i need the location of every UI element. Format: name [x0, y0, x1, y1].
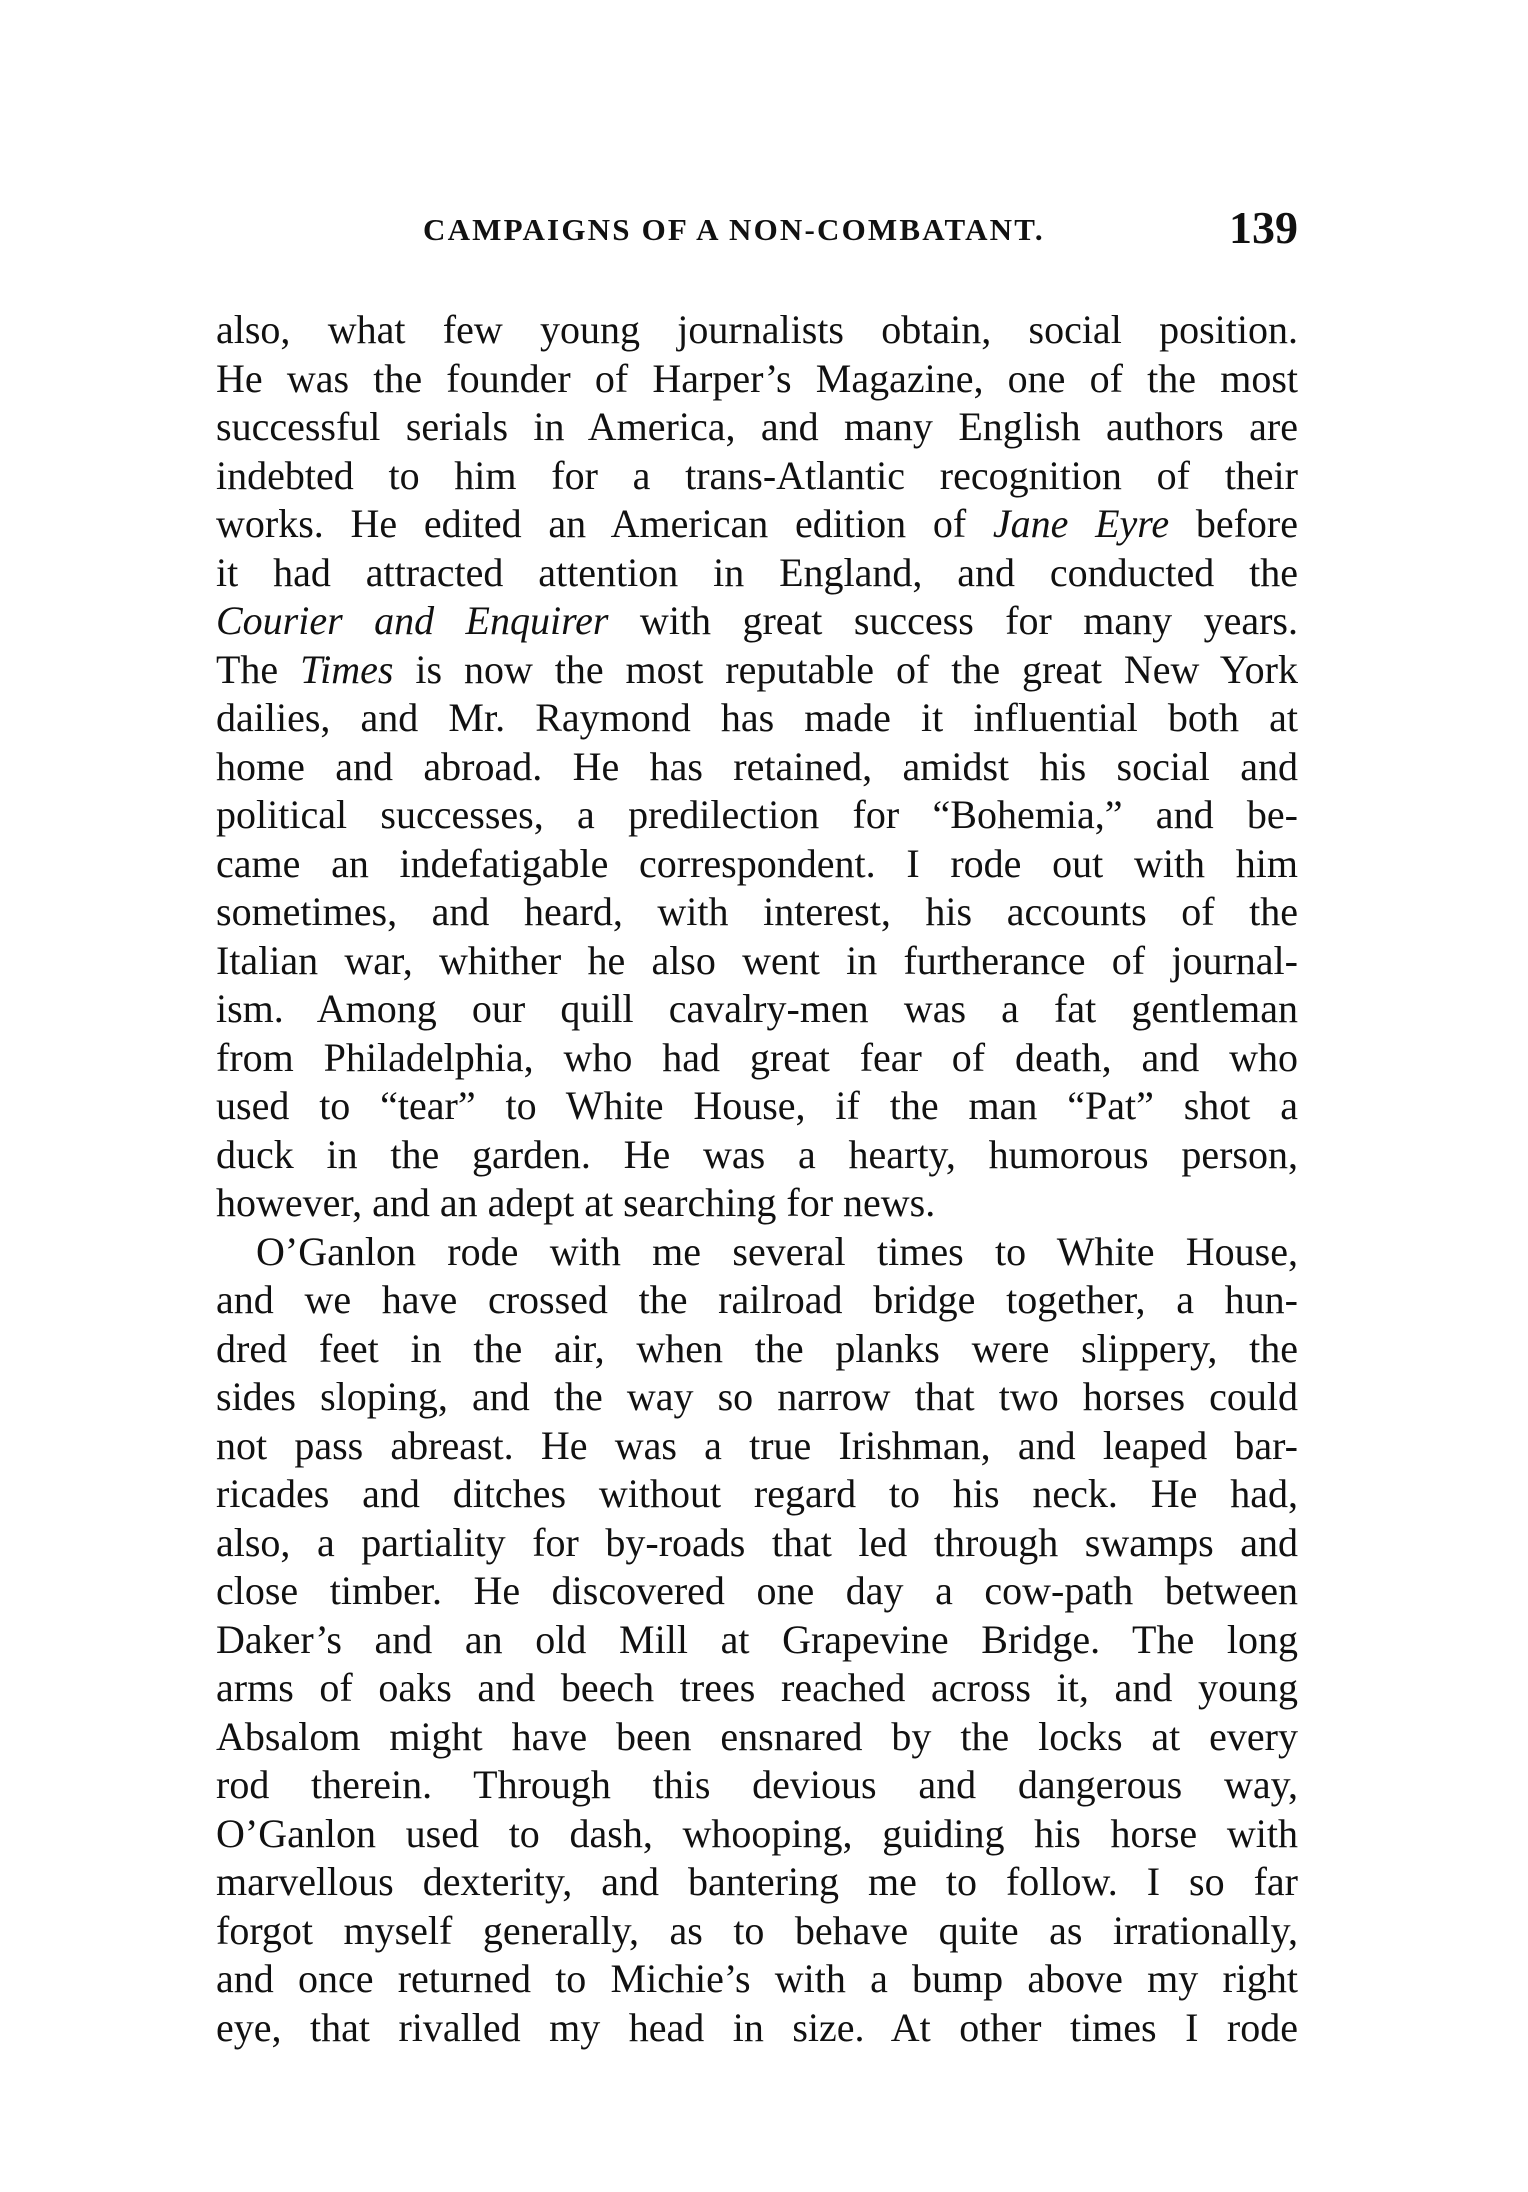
text-line: works. He edited an American edition of …	[216, 500, 1298, 549]
italic-title: Times	[300, 647, 393, 692]
text-line: also, a partiality for by-roads that led…	[216, 1519, 1298, 1568]
text-line: however, and an adept at searching for n…	[216, 1179, 1298, 1228]
text-line: sometimes, and heard, with interest, his…	[216, 888, 1298, 937]
text-line: The Times is now the most reputable of t…	[216, 646, 1298, 695]
text-line: successful serials in America, and many …	[216, 403, 1298, 452]
text-line: used to “tear” to White House, if the ma…	[216, 1082, 1298, 1131]
italic-title: Jane Eyre	[993, 501, 1169, 546]
text-line: O’Ganlon used to dash, whooping, guiding…	[216, 1810, 1298, 1859]
paragraph: O’Ganlon rode with me several times to W…	[216, 1228, 1298, 2053]
text-line: ricades and ditches without regard to hi…	[216, 1470, 1298, 1519]
text-line: rod therein. Through this devious and da…	[216, 1761, 1298, 1810]
text-line: He was the founder of Harper’s Magazine,…	[216, 355, 1298, 404]
text-line: ism. Among our quill cavalry-men was a f…	[216, 985, 1298, 1034]
text-line: came an indefatigable correspondent. I r…	[216, 840, 1298, 889]
text-line: political successes, a predilection for …	[216, 791, 1298, 840]
running-title: CAMPAIGNS OF A NON-COMBATANT.	[423, 212, 1045, 248]
text-line: forgot myself generally, as to behave qu…	[216, 1907, 1298, 1956]
text-line: Italian war, whither he also went in fur…	[216, 937, 1298, 986]
text-line: duck in the garden. He was a hearty, hum…	[216, 1131, 1298, 1180]
page-number: 139	[1229, 204, 1298, 252]
text-line: O’Ganlon rode with me several times to W…	[216, 1228, 1298, 1277]
text-line: arms of oaks and beech trees reached acr…	[216, 1664, 1298, 1713]
text-line: also, what few young journalists obtain,…	[216, 306, 1298, 355]
text-line: sides sloping, and the way so narrow tha…	[216, 1373, 1298, 1422]
text-line: close timber. He discovered one day a co…	[216, 1567, 1298, 1616]
text-line: not pass abreast. He was a true Irishman…	[216, 1422, 1298, 1471]
text-line: dred feet in the air, when the planks we…	[216, 1325, 1298, 1374]
text-line: indebted to him for a trans-Atlantic rec…	[216, 452, 1298, 501]
text-line: and we have crossed the railroad bridge …	[216, 1276, 1298, 1325]
running-header: CAMPAIGNS OF A NON-COMBATANT. 139	[216, 204, 1298, 252]
text-line: dailies, and Mr. Raymond has made it inf…	[216, 694, 1298, 743]
text-line: it had attracted attention in England, a…	[216, 549, 1298, 598]
body-text: also, what few young journalists obtain,…	[216, 306, 1298, 2052]
text-line: marvellous dexterity, and bantering me t…	[216, 1858, 1298, 1907]
book-page: CAMPAIGNS OF A NON-COMBATANT. 139 also, …	[0, 0, 1528, 2192]
text-line: home and abroad. He has retained, amidst…	[216, 743, 1298, 792]
text-line: Absalom might have been ensnared by the …	[216, 1713, 1298, 1762]
text-line: Courier and Enquirer with great success …	[216, 597, 1298, 646]
text-line: from Philadelphia, who had great fear of…	[216, 1034, 1298, 1083]
text-line: Daker’s and an old Mill at Grapevine Bri…	[216, 1616, 1298, 1665]
text-line: and once returned to Michie’s with a bum…	[216, 1955, 1298, 2004]
text-line: eye, that rivalled my head in size. At o…	[216, 2004, 1298, 2053]
italic-title: Courier and Enquirer	[216, 598, 609, 643]
paragraph: also, what few young journalists obtain,…	[216, 306, 1298, 1228]
